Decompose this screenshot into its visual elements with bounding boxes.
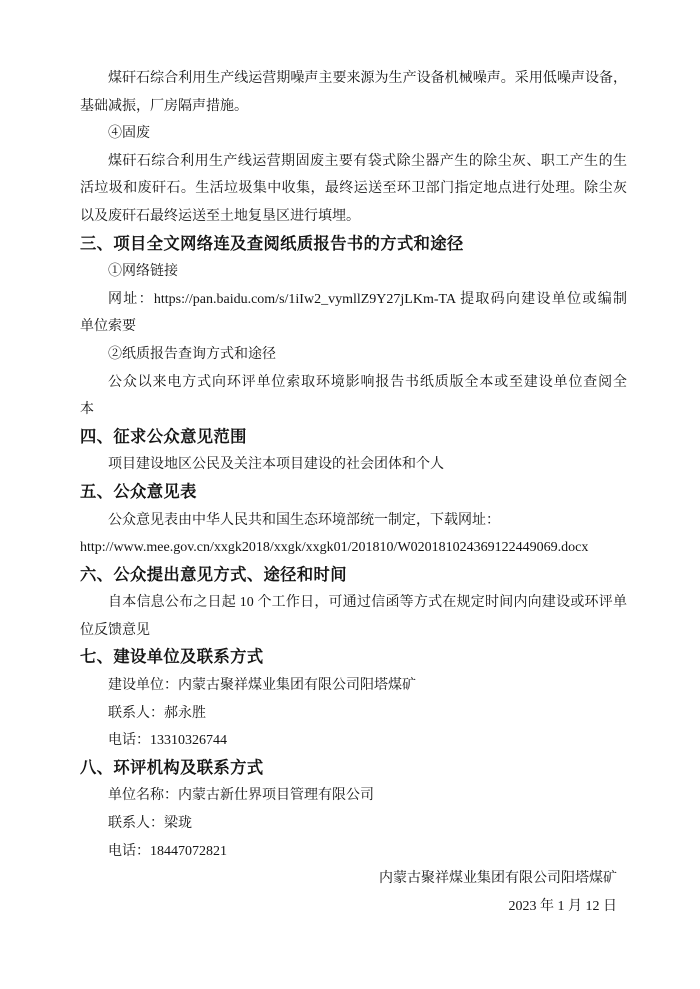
document-line: 煤矸石综合利用生产线运营期噪声主要来源为生产设备机械噪声。采用低噪声设备， (80, 65, 627, 93)
document-line: 项目建设地区公民及关注本项目建设的社会团体和个人 (80, 451, 627, 479)
section-heading: 三、项目全文网络连及查阅纸质报告书的方式和途径 (80, 231, 627, 259)
document-line: 位反馈意见 (80, 617, 627, 645)
document-line: 以及废矸石最终运送至土地复垦区进行填埋。 (80, 203, 627, 231)
document-line: http://www.mee.gov.cn/xxgk2018/xxgk/xxgk… (80, 534, 627, 562)
document-line: 联系人：梁珑 (80, 810, 627, 838)
document-line: ②纸质报告查询方式和途径 (80, 341, 627, 369)
document-line: 公众以来电方式向环评单位索取环境影响报告书纸质版全本或至建设单位查阅全 (80, 369, 627, 397)
document-line: 基础减振，厂房隔声措施。 (80, 93, 627, 121)
document-line: 煤矸石综合利用生产线运营期固废主要有袋式除尘器产生的除尘灰、职工产生的生 (80, 148, 627, 176)
section-heading: 八、环评机构及联系方式 (80, 755, 627, 783)
document-line: 电话：13310326744 (80, 727, 627, 755)
section-heading: 四、征求公众意见范围 (80, 424, 627, 452)
document-line: ④固废 (80, 120, 627, 148)
document-line: 电话：18447072821 (80, 838, 627, 866)
document-body: 煤矸石综合利用生产线运营期噪声主要来源为生产设备机械噪声。采用低噪声设备，基础减… (80, 65, 627, 920)
document-line: 本 (80, 396, 627, 424)
document-line: ①网络链接 (80, 258, 627, 286)
document-line: 单位索要 (80, 313, 627, 341)
document-line: 建设单位：内蒙古聚祥煤业集团有限公司阳塔煤矿 (80, 672, 627, 700)
document-line: 自本信息公布之日起 10 个工作日，可通过信函等方式在规定时间内向建设或环评单 (80, 589, 627, 617)
document-line: 公众意见表由中华人民共和国生态环境部统一制定，下载网址： (80, 507, 627, 535)
section-heading: 七、建设单位及联系方式 (80, 644, 627, 672)
section-heading: 六、公众提出意见方式、途径和时间 (80, 562, 627, 590)
signature-line: 内蒙古聚祥煤业集团有限公司阳塔煤矿 (80, 865, 627, 893)
document-line: 联系人：郝永胜 (80, 700, 627, 728)
section-heading: 五、公众意见表 (80, 479, 627, 507)
document-line: 单位名称：内蒙古新仕界项目管理有限公司 (80, 782, 627, 810)
document-page: 煤矸石综合利用生产线运营期噪声主要来源为生产设备机械噪声。采用低噪声设备，基础减… (0, 0, 700, 989)
document-line: 网址：https://pan.baidu.com/s/1iIw2_vymllZ9… (80, 286, 627, 314)
signature-line: 2023 年 1 月 12 日 (80, 893, 627, 921)
document-line: 活垃圾和废矸石。生活垃圾集中收集，最终运送至环卫部门指定地点进行处理。除尘灰 (80, 175, 627, 203)
